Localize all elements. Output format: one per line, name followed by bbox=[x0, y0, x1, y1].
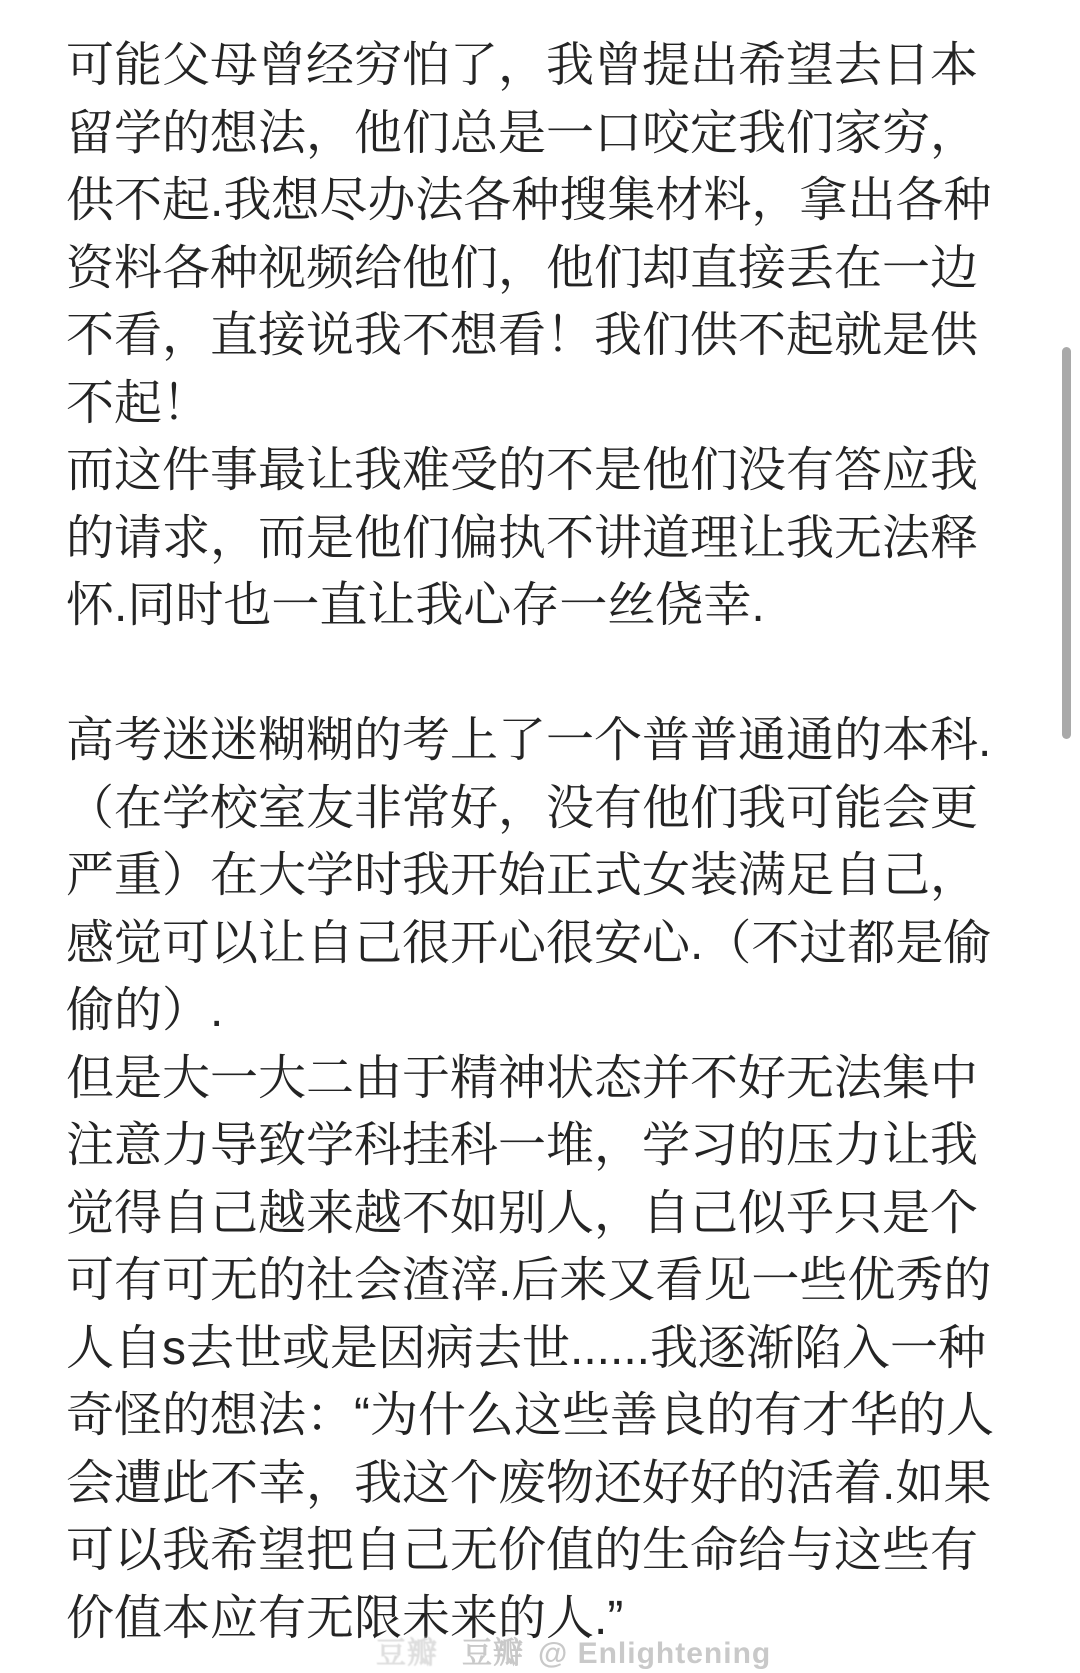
scrollbar-thumb[interactable] bbox=[1062, 347, 1071, 739]
watermark: 豆瓣 豆瓣 @ Enlightening bbox=[376, 1628, 771, 1672]
watermark-brand-logo: 豆瓣 bbox=[462, 1628, 524, 1672]
watermark-user-handle: @ Enlightening bbox=[538, 1637, 771, 1671]
screenshot-page: { "page": { "bg_color": "#ffffff", "text… bbox=[0, 0, 1080, 1673]
watermark-ghost-logo: 豆瓣 bbox=[376, 1628, 438, 1672]
post-body-text: 可能父母曾经穷怕了，我曾提出希望去日本 留学的想法，他们总是一口咬定我们家穷， … bbox=[66, 32, 1051, 1652]
